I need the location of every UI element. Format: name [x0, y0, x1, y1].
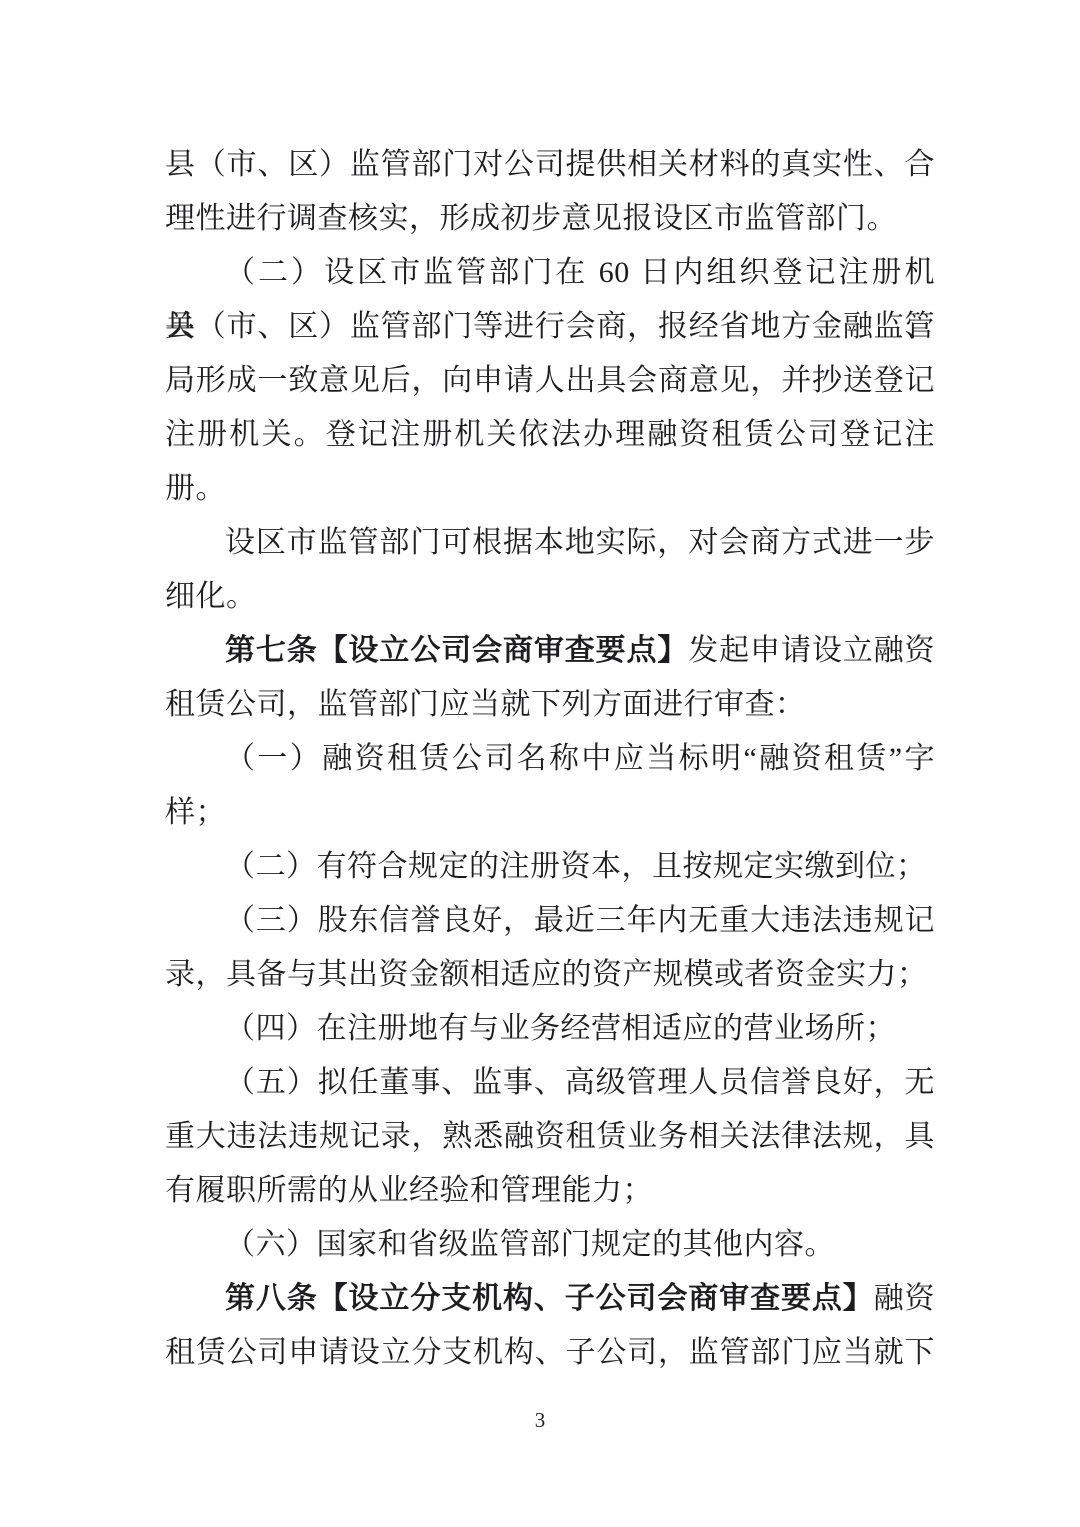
body-text: 租赁公司申请设立分支机构、子公司，监管部门应当就下: [165, 1336, 935, 1369]
body-text: 县（市、区）监管部门对公司提供相关材料的真实性、合: [165, 148, 935, 181]
body-text: （四）在注册地有与业务经营相适应的营业场所；: [225, 1012, 896, 1045]
document-body: 县（市、区）监管部门对公司提供相关材料的真实性、合理性进行调查核实，形成初步意见…: [165, 138, 935, 1380]
text-line: 租赁公司申请设立分支机构、子公司，监管部门应当就下: [165, 1326, 935, 1380]
body-text: 租赁公司，监管部门应当就下列方面进行审查：: [165, 688, 806, 721]
body-text: 发起申请设立融资: [688, 634, 935, 667]
text-line: 有履职所需的从业经验和管理能力；: [165, 1164, 935, 1218]
body-text: 注册机关。登记注册机关依法办理融资租赁公司登记注: [165, 418, 935, 451]
text-line: 细化。: [165, 570, 935, 624]
text-line: 录，具备与其出资金额相适应的资产规模或者资金实力；: [165, 948, 935, 1002]
body-text: 样；: [165, 796, 226, 829]
text-line: （四）在注册地有与业务经营相适应的营业场所；: [165, 1002, 935, 1056]
body-text: 局形成一致意见后，向申请人出具会商意见，并抄送登记: [165, 364, 935, 397]
text-line: （二）设区市监管部门在 60 日内组织登记注册机关、: [165, 246, 935, 300]
text-line: 局形成一致意见后，向申请人出具会商意见，并抄送登记: [165, 354, 935, 408]
text-line: 县（市、区）监管部门等进行会商，报经省地方金融监管: [165, 300, 935, 354]
text-line: （五）拟任董事、监事、高级管理人员信誉良好，无: [165, 1056, 935, 1110]
text-line: （三）股东信誉良好，最近三年内无重大违法违规记: [165, 894, 935, 948]
page-number: 3: [0, 1405, 1080, 1435]
text-line: 县（市、区）监管部门对公司提供相关材料的真实性、合: [165, 138, 935, 192]
text-line: （六）国家和省级监管部门规定的其他内容。: [165, 1218, 935, 1272]
text-line: 样；: [165, 786, 935, 840]
text-line: 理性进行调查核实，形成初步意见报设区市监管部门。: [165, 192, 935, 246]
text-line: 重大违法违规记录，熟悉融资租赁业务相关法律法规，具: [165, 1110, 935, 1164]
body-text: 录，具备与其出资金额相适应的资产规模或者资金实力；: [165, 958, 928, 991]
text-line-article-start: 第八条【设立分支机构、子公司会商审查要点】融资: [165, 1272, 935, 1326]
body-text: 理性进行调查核实，形成初步意见报设区市监管部门。: [165, 202, 897, 235]
text-line: （一）融资租赁公司名称中应当标明“融资租赁”字: [165, 732, 935, 786]
text-line: 册。: [165, 462, 935, 516]
text-line: 注册机关。登记注册机关依法办理融资租赁公司登记注: [165, 408, 935, 462]
body-text: 设区市监管部门可根据本地实际，对会商方式进一步: [225, 526, 935, 559]
body-text: 重大违法违规记录，熟悉融资租赁业务相关法律法规，具: [165, 1120, 935, 1153]
text-line-article-start: 第七条【设立公司会商审查要点】发起申请设立融资: [165, 624, 935, 678]
article-heading: 第八条【设立分支机构、子公司会商审查要点】: [225, 1282, 874, 1315]
body-text: 融资: [874, 1282, 935, 1315]
body-text: （二）有符合规定的注册资本，且按规定实缴到位；: [225, 850, 927, 883]
body-text: 细化。: [165, 580, 257, 613]
text-line: 租赁公司，监管部门应当就下列方面进行审查：: [165, 678, 935, 732]
article-heading: 第七条【设立公司会商审查要点】: [225, 634, 688, 667]
body-text: （一）融资租赁公司名称中应当标明“融资租赁”字: [225, 742, 935, 775]
document-page: 县（市、区）监管部门对公司提供相关材料的真实性、合理性进行调查核实，形成初步意见…: [0, 0, 1080, 1527]
body-text: （五）拟任董事、监事、高级管理人员信誉良好，无: [225, 1066, 935, 1099]
body-text: （六）国家和省级监管部门规定的其他内容。: [225, 1228, 835, 1261]
body-text: 县（市、区）监管部门等进行会商，报经省地方金融监管: [165, 310, 935, 343]
text-line: （二）有符合规定的注册资本，且按规定实缴到位；: [165, 840, 935, 894]
body-text: （三）股东信誉良好，最近三年内无重大违法违规记: [225, 904, 935, 937]
body-text: 册。: [165, 472, 226, 505]
text-line: 设区市监管部门可根据本地实际，对会商方式进一步: [165, 516, 935, 570]
body-text: 有履职所需的从业经验和管理能力；: [165, 1174, 653, 1207]
